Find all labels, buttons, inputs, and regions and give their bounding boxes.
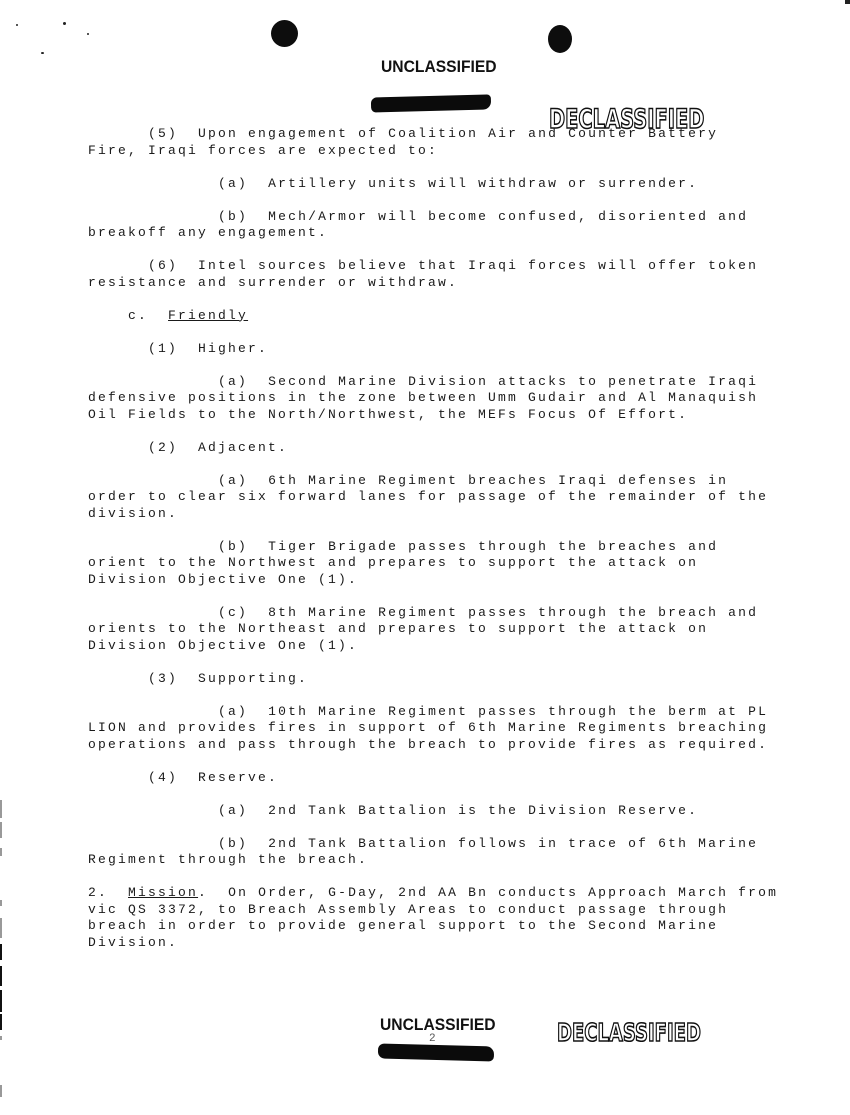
- paragraph-5b: (b) Mech/Armor will become confused, dis…: [88, 209, 788, 242]
- document-page: UNCLASSIFIED DECLASSIFIED (5) Upon engag…: [0, 0, 850, 1115]
- para-text: LION and provides fires in support of 6t…: [88, 720, 768, 735]
- scan-edge-mark: [0, 990, 2, 1012]
- punch-hole-right: [548, 25, 572, 53]
- para-title: Supporting.: [198, 671, 308, 686]
- para-text: 10th Marine Regiment passes through the …: [268, 704, 768, 719]
- scan-edge-mark: [0, 900, 2, 906]
- paragraph-6: (6) Intel sources believe that Iraqi for…: [88, 258, 788, 291]
- subsection-c4-heading: (4) Reserve.: [88, 770, 788, 787]
- para-title: Reserve.: [198, 770, 278, 785]
- redaction-bar-bottom: [378, 1043, 494, 1061]
- section-label: 2.: [88, 885, 108, 900]
- para-text: vic QS 3372, to Breach Assembly Areas to…: [88, 902, 728, 917]
- scan-edge-mark: [0, 966, 2, 986]
- para-label: (c): [218, 605, 248, 620]
- para-label: (2): [148, 440, 178, 455]
- para-text: Upon engagement of Coalition Air and Cou…: [198, 126, 718, 141]
- scan-edge-mark: [0, 822, 2, 838]
- scan-edge-mark: [0, 800, 2, 818]
- para-label: (1): [148, 341, 178, 356]
- classification-header: UNCLASSIFIED: [381, 57, 497, 77]
- paragraph-c4b: (b) 2nd Tank Battalion follows in trace …: [88, 836, 788, 869]
- para-title: Higher.: [198, 341, 268, 356]
- para-label: (a): [218, 176, 248, 191]
- scan-edge-mark: [0, 1014, 2, 1030]
- para-text: defensive positions in the zone between …: [88, 390, 758, 405]
- para-text: Division.: [88, 935, 178, 950]
- para-text: Division Objective One (1).: [88, 638, 358, 653]
- paragraph-c1a: (a) Second Marine Division attacks to pe…: [88, 374, 788, 424]
- scan-edge-mark: [0, 1036, 2, 1040]
- para-label: (b): [218, 836, 248, 851]
- section-2-mission: 2. Mission. On Order, G-Day, 2nd AA Bn c…: [88, 885, 788, 951]
- scan-edge-mark: [0, 848, 2, 856]
- paragraph-5a: (a) Artillery units will withdraw or sur…: [88, 176, 788, 193]
- document-body: (5) Upon engagement of Coalition Air and…: [88, 126, 788, 968]
- para-text: Regiment through the breach.: [88, 852, 368, 867]
- para-text: Intel sources believe that Iraqi forces …: [198, 258, 758, 273]
- classification-footer: UNCLASSIFIED: [380, 1015, 496, 1035]
- scan-speck: [41, 52, 44, 54]
- paragraph-c2c: (c) 8th Marine Regiment passes through t…: [88, 605, 788, 655]
- para-label: (3): [148, 671, 178, 686]
- para-text: orient to the Northwest and prepares to …: [88, 555, 698, 570]
- para-text: Oil Fields to the North/Northwest, the M…: [88, 407, 688, 422]
- para-label: (6): [148, 258, 178, 273]
- para-text: Division Objective One (1).: [88, 572, 358, 587]
- paragraph-c4a: (a) 2nd Tank Battalion is the Division R…: [88, 803, 788, 820]
- page-number: 2: [429, 1033, 436, 1045]
- para-title: Adjacent.: [198, 440, 288, 455]
- scan-edge-mark: [0, 1085, 2, 1097]
- para-text: Tiger Brigade passes through the breache…: [268, 539, 718, 554]
- para-label: (a): [218, 473, 248, 488]
- scan-speck: [87, 33, 89, 35]
- punch-hole-left: [271, 20, 298, 47]
- paragraph-c2a: (a) 6th Marine Regiment breaches Iraqi d…: [88, 473, 788, 523]
- para-text: Fire, Iraqi forces are expected to:: [88, 143, 438, 158]
- para-label: (b): [218, 539, 248, 554]
- scan-edge-mark: [0, 918, 2, 938]
- subsection-c1-heading: (1) Higher.: [88, 341, 788, 358]
- subsection-c2-heading: (2) Adjacent.: [88, 440, 788, 457]
- para-label: (a): [218, 374, 248, 389]
- para-label: (b): [218, 209, 248, 224]
- declassified-stamp-bottom: DECLASSIFIED: [557, 1020, 701, 1045]
- section-c-heading: c. Friendly: [88, 308, 788, 325]
- para-label: (a): [218, 704, 248, 719]
- section-title: Mission: [128, 885, 198, 900]
- paragraph-5: (5) Upon engagement of Coalition Air and…: [88, 126, 788, 159]
- scan-speck: [63, 22, 66, 25]
- para-text: division.: [88, 506, 178, 521]
- para-text: breach in order to provide general suppo…: [88, 918, 718, 933]
- subsection-c3-heading: (3) Supporting.: [88, 671, 788, 688]
- scan-edge-mark: [0, 944, 2, 960]
- para-label: (a): [218, 803, 248, 818]
- scan-speck: [845, 0, 850, 4]
- para-label: (5): [148, 126, 178, 141]
- para-text: 2nd Tank Battalion is the Division Reser…: [268, 803, 698, 818]
- paragraph-c3a: (a) 10th Marine Regiment passes through …: [88, 704, 788, 754]
- para-text: 8th Marine Regiment passes through the b…: [268, 605, 758, 620]
- para-text: 2nd Tank Battalion follows in trace of 6…: [268, 836, 758, 851]
- para-text: Artillery units will withdraw or surrend…: [268, 176, 698, 191]
- section-title: Friendly: [168, 308, 248, 323]
- para-text: Second Marine Division attacks to penetr…: [268, 374, 758, 389]
- para-text: orients to the Northeast and prepares to…: [88, 621, 708, 636]
- para-text: resistance and surrender or withdraw.: [88, 275, 458, 290]
- para-text: On Order, G-Day, 2nd AA Bn conducts Appr…: [228, 885, 778, 900]
- paragraph-c2b: (b) Tiger Brigade passes through the bre…: [88, 539, 788, 589]
- para-text: order to clear six forward lanes for pas…: [88, 489, 768, 504]
- para-text: 6th Marine Regiment breaches Iraqi defen…: [268, 473, 728, 488]
- para-text: Mech/Armor will become confused, disorie…: [268, 209, 748, 224]
- para-text: breakoff any engagement.: [88, 225, 328, 240]
- redaction-bar-top: [371, 94, 491, 112]
- section-label: c.: [128, 308, 148, 323]
- para-label: (4): [148, 770, 178, 785]
- scan-speck: [16, 24, 18, 26]
- para-text: operations and pass through the breach t…: [88, 737, 768, 752]
